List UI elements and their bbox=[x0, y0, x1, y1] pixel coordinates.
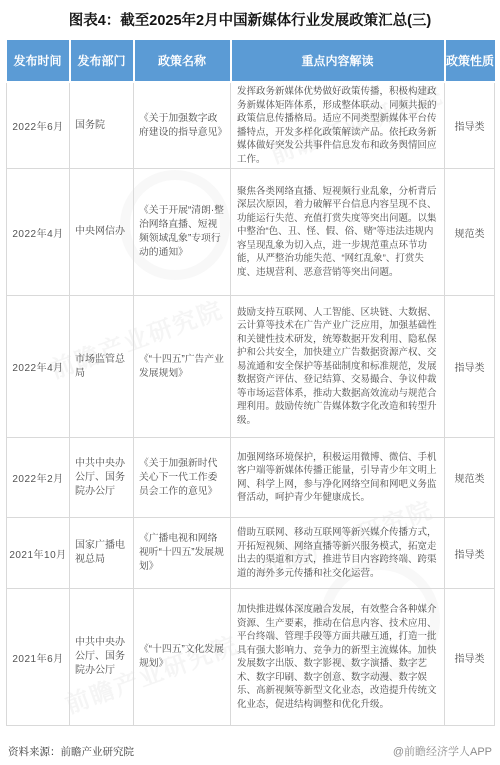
table-row: 2022年4月 市场监管总局 《“十四五”广告产业发展规划》 鼓励支持互联网、人… bbox=[7, 296, 495, 438]
cell-date: 2021年6月 bbox=[7, 589, 70, 726]
table-row: 2022年2月 中共中央办公厅、国务院办公厅 《关于加强新时代关心下一代工作委员… bbox=[7, 438, 495, 518]
table-row: 2022年6月 国务院 《关于加强数字政府建设的指导意见》 发挥政务新媒体优势做… bbox=[7, 82, 495, 169]
cell-nature: 规范类 bbox=[445, 438, 495, 518]
cell-date: 2022年6月 bbox=[7, 82, 70, 169]
cell-dept: 国务院 bbox=[70, 82, 134, 169]
cell-date: 2022年2月 bbox=[7, 438, 70, 518]
cell-nature: 指导类 bbox=[445, 518, 495, 589]
cell-content: 加快推进媒体深度融合发展，有效整合各种媒介资源、生产要素，推动在信息内容、技术应… bbox=[231, 589, 445, 726]
col-header-department: 发布部门 bbox=[70, 40, 134, 82]
cell-dept: 国家广播电视总局 bbox=[70, 518, 134, 589]
brand-credit: @前瞻经济学人APP bbox=[393, 743, 492, 759]
cell-content: 发挥政务新媒体优势做好政策传播，积极构建政务新媒体矩阵体系，形成整体联动、同频共… bbox=[231, 82, 445, 169]
cell-nature: 规范类 bbox=[445, 169, 495, 296]
cell-nature: 指导类 bbox=[445, 296, 495, 438]
cell-content: 鼓励支持互联网、人工智能、区块链、大数据、云计算等技术在广告产业广泛应用，加强基… bbox=[231, 296, 445, 438]
cell-policy: 《广播电视和网络视听“十四五”发展规划》 bbox=[134, 518, 231, 589]
col-header-policy-nature: 政策性质 bbox=[445, 40, 495, 82]
cell-nature: 指导类 bbox=[445, 589, 495, 726]
col-header-policy-name: 政策名称 bbox=[134, 40, 231, 82]
cell-dept: 市场监管总局 bbox=[70, 296, 134, 438]
figure-footer: 资料来源：前瞻产业研究院 @前瞻经济学人APP bbox=[8, 743, 492, 759]
cell-policy: 《关于加强新时代关心下一代工作委员会工作的意见》 bbox=[134, 438, 231, 518]
cell-content: 聚焦各类网络直播、短视频行业乱象，分析背后深层次原因，着力破解平台信息内容呈现不… bbox=[231, 169, 445, 296]
cell-policy: 《“十四五”文化发展规划》 bbox=[134, 589, 231, 726]
cell-dept: 中央网信办 bbox=[70, 169, 134, 296]
cell-policy: 《关于加强数字政府建设的指导意见》 bbox=[134, 82, 231, 169]
cell-nature: 指导类 bbox=[445, 82, 495, 169]
policy-table: 发布时间 发布部门 政策名称 重点内容解读 政策性质 2022年6月 国务院 《… bbox=[6, 40, 495, 726]
figure-title: 图表4：截至2025年2月中国新媒体行业发展政策汇总(三) bbox=[0, 9, 500, 30]
cell-content: 借助互联网、移动互联网等新兴媒介传播方式，开拓短视频、网络直播等新兴服务模式，拓… bbox=[231, 518, 445, 589]
figure-page: 前瞻产业研究院 前瞻产业研究院 前瞻产业研究院 前瞻产业研究院 图表4：截至20… bbox=[0, 0, 500, 765]
cell-dept: 中共中央办公厅、国务院办公厅 bbox=[70, 589, 134, 726]
cell-content: 加强网络环境保护，积极运用微博、微信、手机客户端等新媒体传播正能量，引导青少年文… bbox=[231, 438, 445, 518]
cell-date: 2022年4月 bbox=[7, 169, 70, 296]
source-note: 资料来源：前瞻产业研究院 bbox=[8, 744, 134, 759]
col-header-publish-date: 发布时间 bbox=[7, 40, 70, 82]
table-row: 2022年4月 中央网信办 《关于开展“清朗·整治网络直播、短视频领域乱象”专项… bbox=[7, 169, 495, 296]
cell-date: 2021年10月 bbox=[7, 518, 70, 589]
cell-policy: 《关于开展“清朗·整治网络直播、短视频领域乱象”专项行动的通知》 bbox=[134, 169, 231, 296]
cell-dept: 中共中央办公厅、国务院办公厅 bbox=[70, 438, 134, 518]
table-row: 2021年6月 中共中央办公厅、国务院办公厅 《“十四五”文化发展规划》 加快推… bbox=[7, 589, 495, 726]
table-row: 2021年10月 国家广播电视总局 《广播电视和网络视听“十四五”发展规划》 借… bbox=[7, 518, 495, 589]
cell-policy: 《“十四五”广告产业发展规划》 bbox=[134, 296, 231, 438]
cell-date: 2022年4月 bbox=[7, 296, 70, 438]
header-row: 发布时间 发布部门 政策名称 重点内容解读 政策性质 bbox=[7, 40, 495, 82]
col-header-key-content: 重点内容解读 bbox=[231, 40, 445, 82]
